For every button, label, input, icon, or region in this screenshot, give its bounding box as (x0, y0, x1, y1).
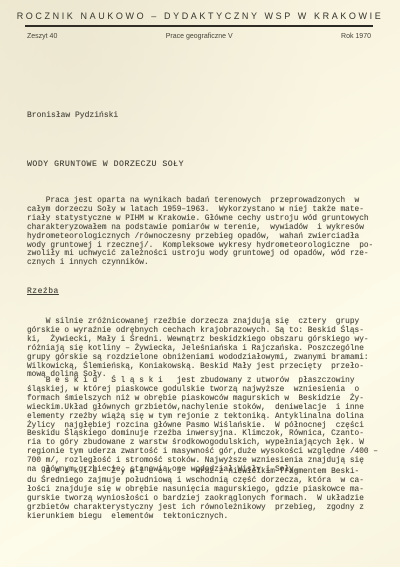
paragraph-beskid-zywiecki: B e s k i d Ż y w i e c k i wraz z niewi… (27, 468, 364, 521)
year-label: Rok 1970 (341, 33, 371, 40)
journal-header: ROCZNIK NAUKOWO – DYDAKTYCZNY WSP W KRAK… (0, 11, 400, 21)
series-label: Prace geograficzne V (166, 33, 233, 40)
scanned-journal-page: ROCZNIK NAUKOWO – DYDAKTYCZNY WSP W KRAK… (0, 0, 400, 567)
section-heading-rzezba: Rzeźba (27, 287, 59, 296)
paragraph-relief-overview: W silnie zróżnicowanej rzeźbie dorzecza … (27, 318, 369, 380)
intro-paragraph: Praca jest oparta na wynikach badań tere… (27, 197, 373, 268)
header-rule (25, 25, 373, 27)
header-meta-row: Zeszyt 40 Prace geograficzne V Rok 1970 (27, 33, 371, 40)
issue-label: Zeszyt 40 (27, 33, 57, 40)
author-name: Bronisław Pydziński (27, 111, 118, 120)
paragraph-beskid-slaski: B e s k i d Ś l ą s k i jest zbudowany z… (27, 377, 378, 475)
article-title: WODY GRUNTOWE W DORZECZU SOŁY (27, 160, 184, 169)
